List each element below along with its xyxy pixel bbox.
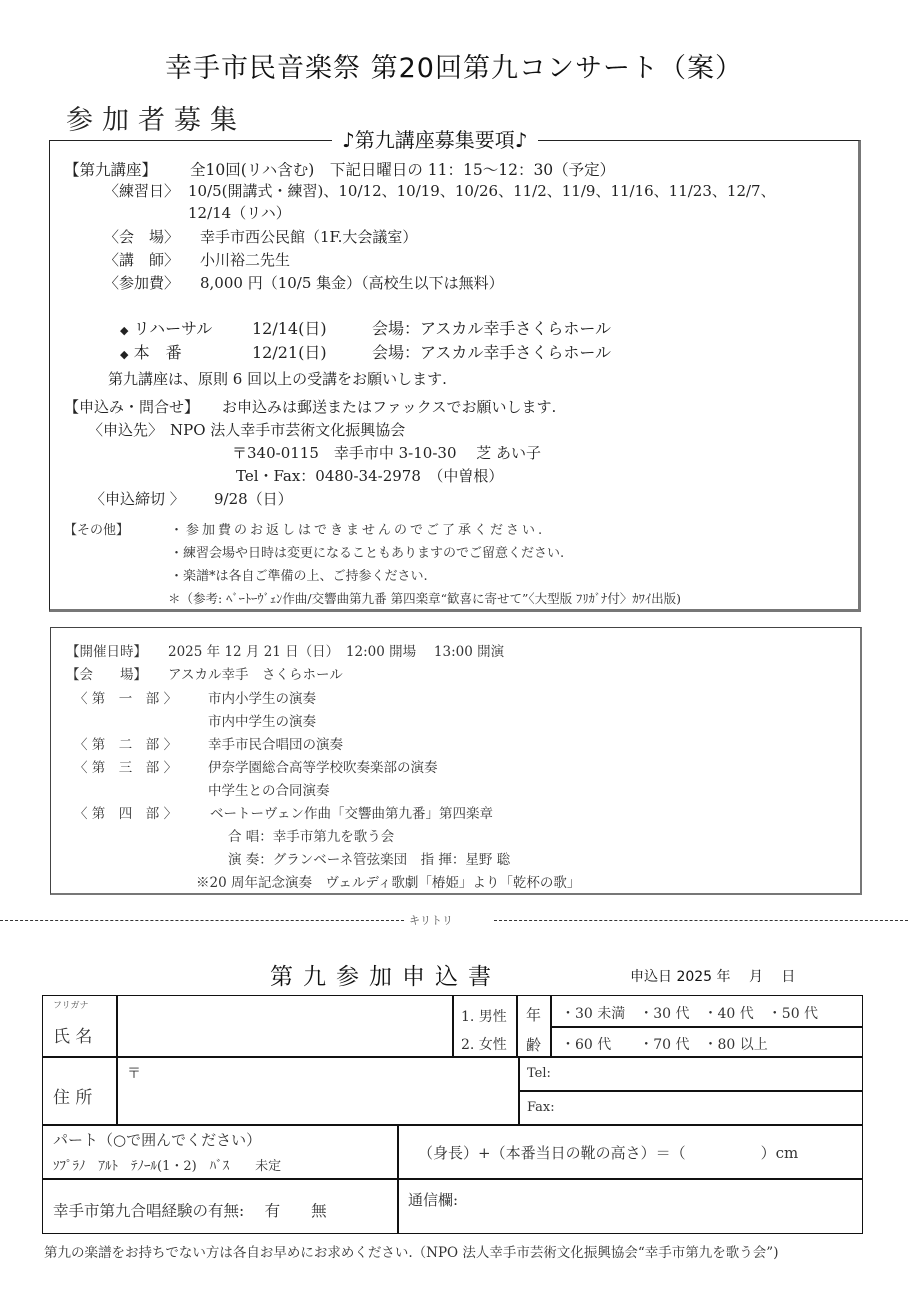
course-summary: 全10回(リハ含む) 下記日曜日の 11：15〜12：30（予定）	[190, 158, 615, 180]
concert-date-label: 【開催日時】	[66, 640, 147, 660]
cut-line-right	[494, 920, 908, 921]
recruit-heading: 参加者募集	[66, 98, 246, 137]
tel-label: Tel:	[527, 1066, 551, 1081]
other-note: ・練習会場や日時は変更になることもありますのでご留意ください.	[170, 542, 564, 561]
age-label-bottom: 齢	[526, 1034, 541, 1055]
fax-input[interactable]: Fax:	[518, 1090, 863, 1126]
diamond-icon: ◆	[120, 348, 128, 361]
height-input[interactable]: （身長）+（本番当日の靴の高さ）＝（ ）cm	[397, 1124, 863, 1180]
concert-venue-label: 【会 場】	[66, 663, 147, 683]
gender-male-option[interactable]: 1. 男性	[461, 1006, 507, 1026]
event-name: リハーサル	[134, 319, 213, 338]
age-label-cell: 年 齢	[516, 995, 552, 1058]
part-3-item: 伊奈学園総合高等学校吹奏楽部の演奏	[208, 756, 438, 776]
instructor: 小川裕二先生	[200, 249, 290, 271]
age-options[interactable]: ・30 未満 ・30 代 ・40 代 ・50 代	[561, 1003, 818, 1023]
fee: 8,000 円（10/5 集金）（高校生以下は無料）	[200, 272, 504, 294]
score-reference: ＊（参考: ﾍﾞｰﾄｰｳﾞｪﾝ作曲/交響曲第九番 第四楽章“歓喜に寄せて”〈大型…	[168, 589, 681, 607]
apply-to: NPO 法人幸手市芸術文化振興協会	[170, 419, 405, 441]
form-title: 第九参加申込書	[270, 958, 501, 991]
name-label: 氏 名	[53, 1022, 92, 1047]
part-1-item: 市内小学生の演奏	[208, 687, 316, 707]
cut-label: キリトリ	[409, 912, 453, 928]
event-performance: ◆ 本 番	[120, 340, 182, 363]
name-label-cell: フリガナ 氏 名	[42, 995, 118, 1058]
practice-label: 〈練習日〉	[104, 180, 179, 202]
chorus: 合 唱：幸手市第九を歌う会	[228, 825, 394, 845]
apply-address: 〒340-0115 幸手市中 3-10-30 芝 あい子	[232, 442, 541, 464]
furigana-label: フリガナ	[53, 998, 89, 1011]
part-3-item: 中学生との合同演奏	[208, 779, 330, 799]
apply-to-label: 〈申込先〉	[88, 419, 163, 441]
part-4-label: 〈 第 四 部 〉	[74, 802, 177, 822]
concert-venue: アスカル幸手 さくらホール	[168, 663, 343, 683]
part-4-item: ベートーヴェン作曲「交響曲第九番」第四楽章	[210, 802, 493, 822]
other-note: ・楽譜*は各自ご準備の上、ご持参ください.	[170, 565, 428, 584]
experience-label[interactable]: 幸手市第九合唱経験の有無: 有 無	[53, 1199, 327, 1221]
practice-dates-cont: 12/14（リハ）	[188, 202, 291, 224]
other-note: ・参加費のお返しはできませんのでご了承ください.	[170, 519, 545, 538]
part-options[interactable]: ｿﾌﾟﾗﾉ ｱﾙﾄ ﾃﾉｰﾙ(1・2) ﾊﾞｽ 未定	[53, 1155, 281, 1174]
address-label-cell: 住 所	[42, 1056, 118, 1126]
event-venue: 会場：アスカル幸手さくらホール	[372, 340, 611, 363]
part-1-label: 〈 第 一 部 〉	[74, 687, 177, 707]
document-title: 幸手市民音楽祭 第20回第九コンサート（案）	[0, 46, 908, 85]
part-2-label: 〈 第 二 部 〉	[74, 733, 177, 753]
course-venue: 幸手市西公民館（1F.大会議室）	[200, 226, 417, 248]
cut-line-left	[0, 920, 404, 921]
tel-input[interactable]: Tel:	[518, 1056, 863, 1092]
fax-label: Fax:	[527, 1100, 555, 1115]
event-rehearsal: ◆ リハーサル	[120, 316, 212, 339]
part-label: パート（○で囲んでください）	[53, 1129, 261, 1150]
gender-female-option[interactable]: 2. 女性	[461, 1034, 507, 1054]
special-performance: ※20 周年記念演奏 ヴェルディ歌劇「椿姫」より「乾杯の歌」	[196, 871, 580, 891]
deadline-label: 〈申込締切 〉	[90, 488, 185, 510]
age-options-row1[interactable]: ・30 未満 ・30 代 ・40 代 ・50 代	[550, 995, 863, 1028]
apply-label: 【申込み・問合せ】	[64, 396, 199, 418]
fee-label: 〈参加費〉	[104, 272, 179, 294]
age-label-top: 年	[526, 1004, 541, 1025]
experience-select[interactable]: 幸手市第九合唱経験の有無: 有 無	[42, 1178, 399, 1234]
course-label: 【第九講座】	[64, 158, 157, 180]
event-date: 12/21(日)	[252, 340, 327, 363]
age-options[interactable]: ・60 代 ・70 代 ・80 以上	[561, 1034, 768, 1054]
attendance-note: 第九講座は、原則 6 回以上の受講をお願いします.	[108, 368, 447, 390]
part-3-label: 〈 第 三 部 〉	[74, 756, 177, 776]
part-select[interactable]: パート（○で囲んでください） ｿﾌﾟﾗﾉ ｱﾙﾄ ﾃﾉｰﾙ(1・2) ﾊﾞｽ 未…	[42, 1124, 399, 1180]
height-label: （身長）+（本番当日の靴の高さ）＝（ ）cm	[418, 1142, 798, 1163]
event-venue: 会場：アスカル幸手さくらホール	[372, 316, 611, 339]
postal-mark: 〒	[127, 1063, 141, 1083]
course-box-legend: ♪第九講座募集要項♪	[332, 124, 538, 153]
other-label: 【その他】	[64, 519, 129, 538]
comment-input[interactable]: 通信欄:	[397, 1178, 863, 1234]
part-1-item: 市内中学生の演奏	[208, 710, 316, 730]
comment-label: 通信欄:	[408, 1189, 458, 1210]
practice-dates: 10/5(開講式・練習)、10/12、10/19、10/26、11/2、11/9…	[188, 180, 776, 202]
event-name: 本 番	[134, 343, 182, 362]
deadline: 9/28（日）	[214, 488, 293, 510]
age-options-row2[interactable]: ・60 代 ・70 代 ・80 以上	[550, 1026, 863, 1058]
part-2-item: 幸手市民合唱団の演奏	[208, 733, 343, 753]
diamond-icon: ◆	[120, 324, 128, 337]
gender-select[interactable]: 1. 男性 2. 女性	[452, 995, 518, 1058]
venue-label: 〈会 場〉	[104, 226, 179, 248]
footer-note: 第九の楽譜をお持ちでない方は各自お早めにお求めください.（NPO 法人幸手市芸術…	[44, 1241, 778, 1261]
apply-text: お申込みは郵送またはファックスでお願いします.	[222, 396, 556, 418]
orchestra: 演 奏：グランベーネ管弦楽団 指 揮：星野 聡	[228, 848, 510, 868]
apply-contact: Tel・Fax：0480-34-2978 （中曽根）	[236, 465, 503, 487]
concert-date: 2025 年 12 月 21 日（日） 12:00 開場 13:00 開演	[168, 640, 504, 660]
name-input[interactable]	[116, 995, 454, 1058]
apply-date: 申込日 2025 年 月 日	[630, 966, 795, 986]
address-input[interactable]: 〒	[116, 1056, 520, 1126]
address-label: 住 所	[53, 1083, 92, 1108]
instructor-label: 〈講 師〉	[104, 249, 179, 271]
event-date: 12/14(日)	[252, 316, 327, 339]
